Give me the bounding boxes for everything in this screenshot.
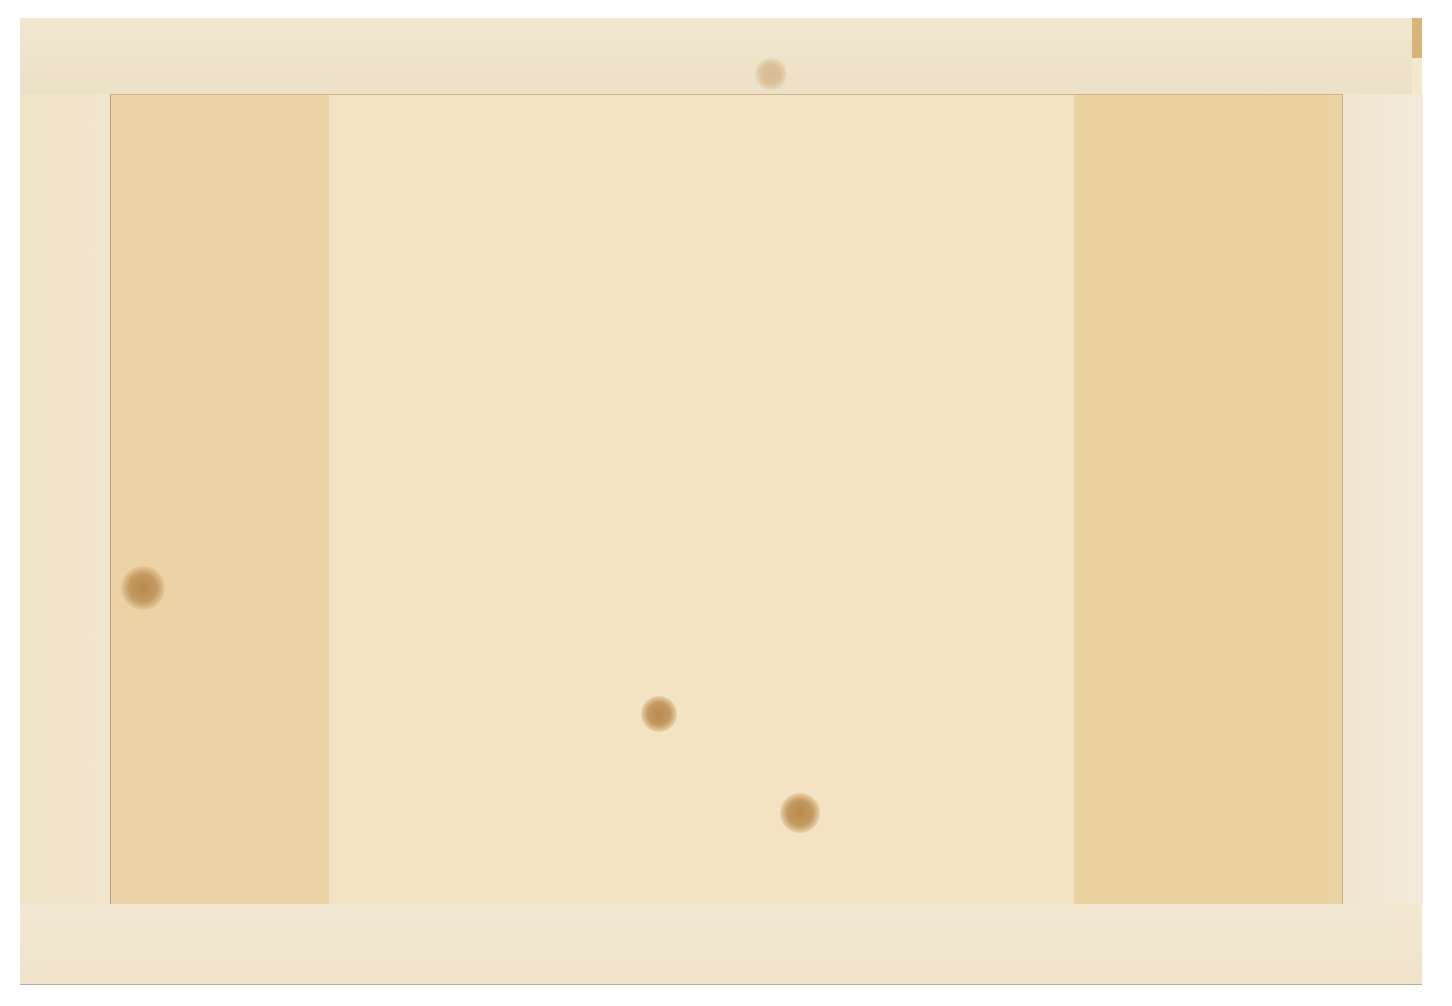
right-stain-band-inner [1078, 94, 1328, 904]
foxing-spot [641, 696, 677, 732]
paper-center-area [328, 94, 1074, 904]
right-tape-strip [1342, 94, 1423, 904]
top-tape-strip [20, 18, 1412, 95]
bottom-tape-strip [20, 904, 1422, 984]
foxing-spot [780, 793, 820, 833]
left-tape-strip [20, 94, 110, 904]
corner-tab [1412, 18, 1422, 58]
paper-sheet [20, 18, 1422, 984]
left-stain-band [110, 94, 329, 904]
foxing-spot [755, 58, 787, 90]
foxing-spot [121, 566, 165, 610]
